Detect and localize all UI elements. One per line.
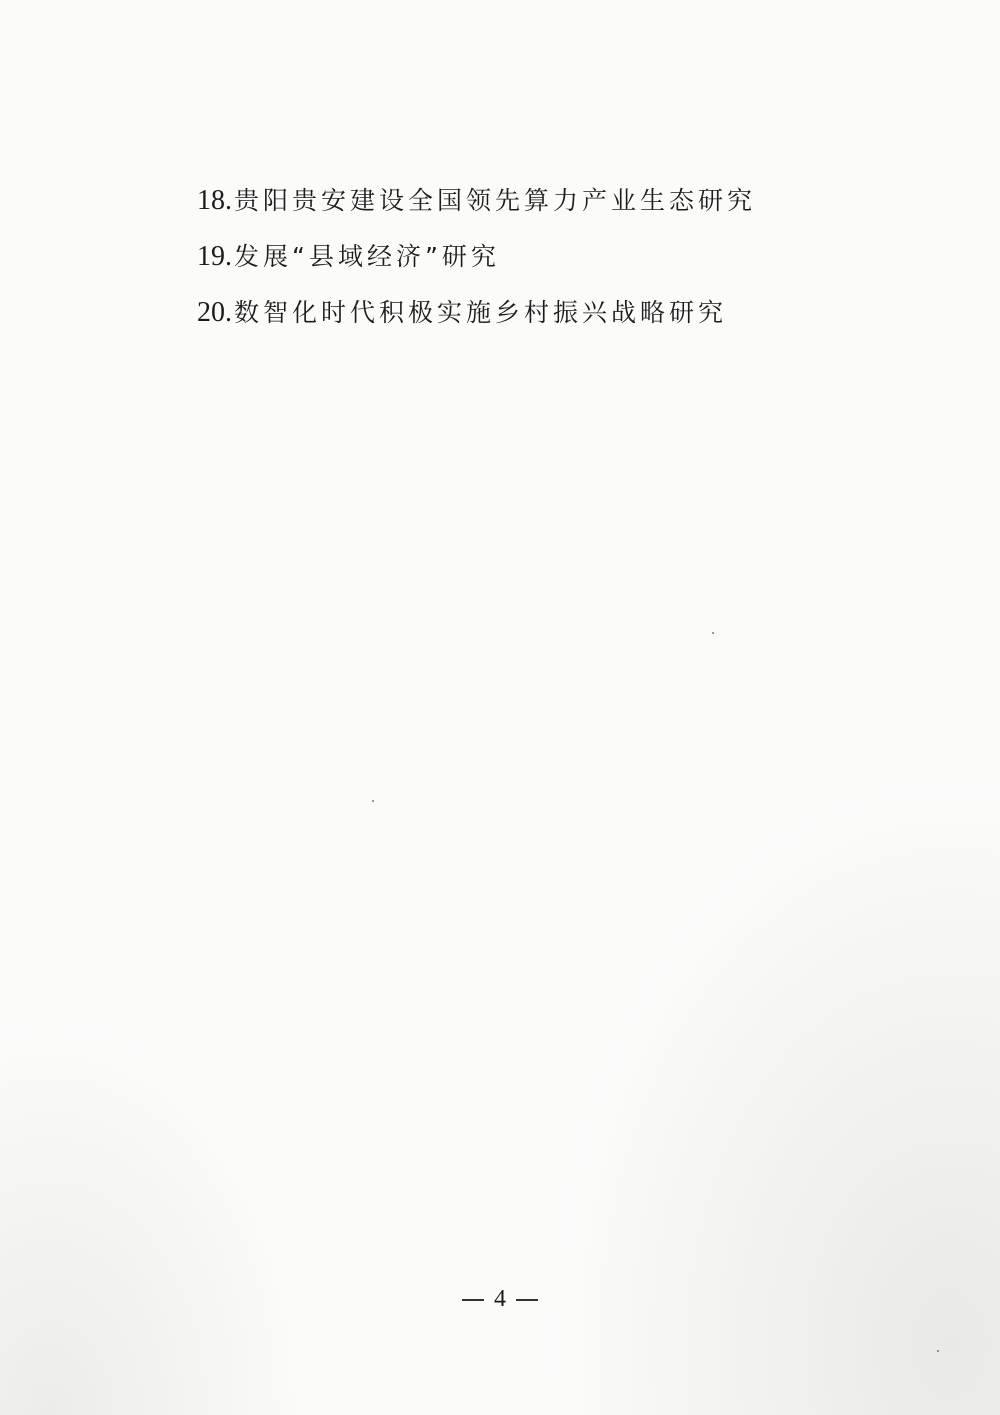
scan-speck <box>372 800 374 802</box>
dash-left-decoration <box>462 1299 484 1301</box>
scan-speck <box>937 1350 939 1352</box>
document-page: 18. 贵阳贵安建设全国领先算力产业生态研究 19. 发展“县域经济”研究 20… <box>0 0 1000 1415</box>
scan-speck <box>712 632 714 634</box>
dash-right-decoration <box>516 1299 538 1301</box>
page-footer: 4 <box>0 1286 1000 1313</box>
item-text: 发展“县域经济”研究 <box>234 239 500 274</box>
item-text: 数智化时代积极实施乡村振兴战略研究 <box>234 295 727 330</box>
item-number: 20. <box>197 295 232 330</box>
topic-list: 18. 贵阳贵安建设全国领先算力产业生态研究 19. 发展“县域经济”研究 20… <box>197 183 756 351</box>
list-item: 19. 发展“县域经济”研究 <box>197 239 756 274</box>
item-number: 18. <box>197 183 232 218</box>
page-number: 4 <box>494 1286 506 1313</box>
item-text: 贵阳贵安建设全国领先算力产业生态研究 <box>234 183 756 218</box>
list-item: 20. 数智化时代积极实施乡村振兴战略研究 <box>197 295 756 330</box>
item-number: 19. <box>197 239 232 274</box>
list-item: 18. 贵阳贵安建设全国领先算力产业生态研究 <box>197 183 756 218</box>
